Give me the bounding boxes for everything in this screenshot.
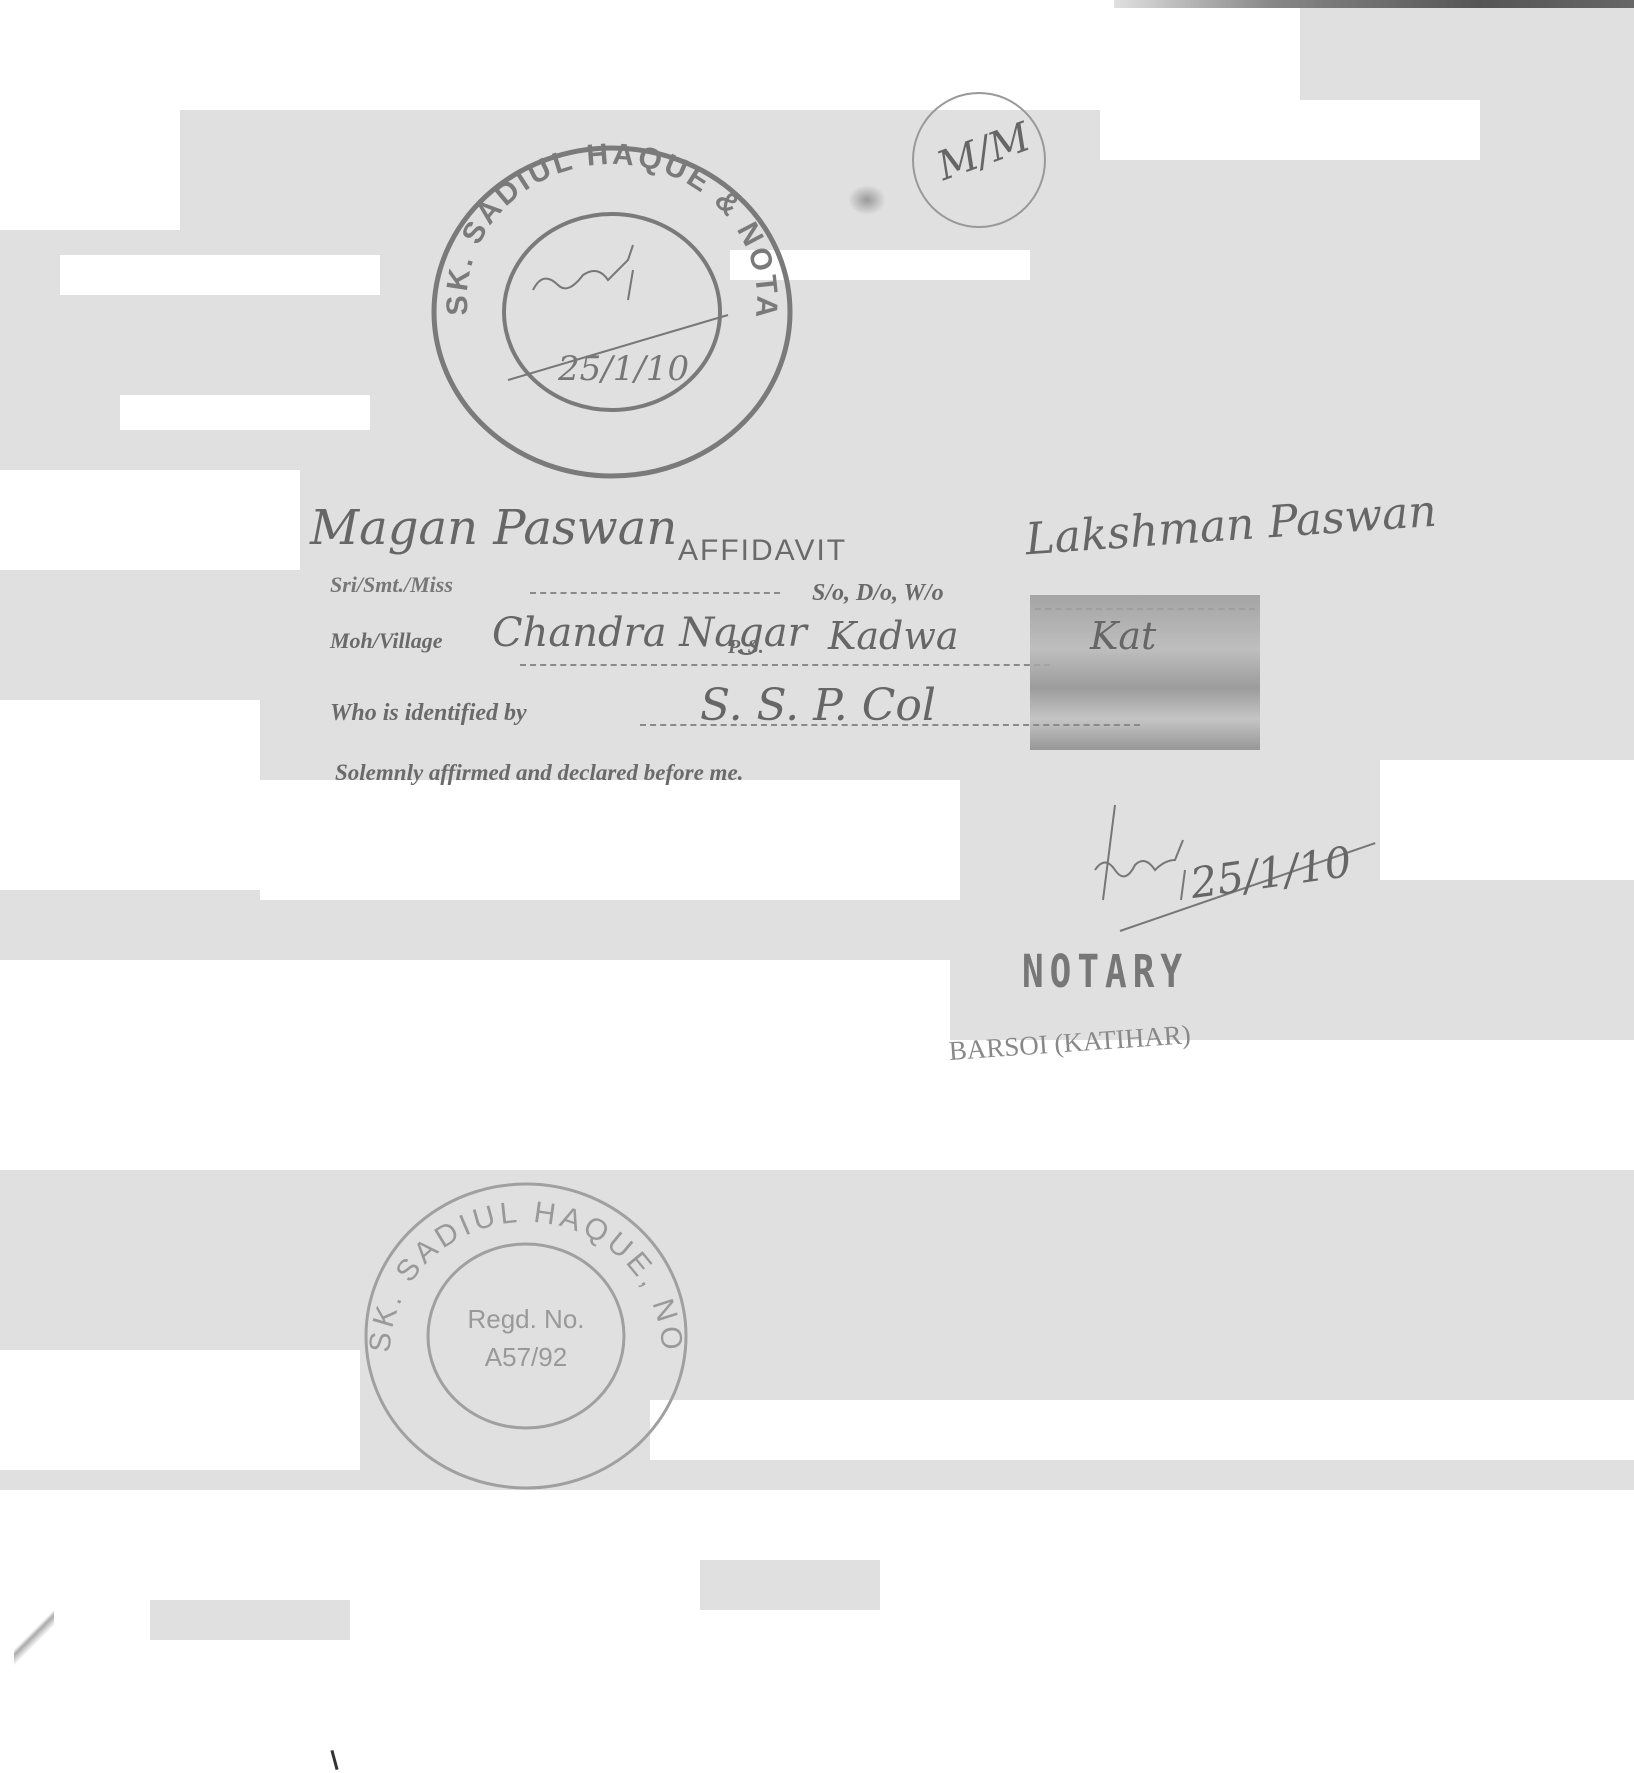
relation-label: S/o, D/o, W/o [812,580,944,607]
notary-title: NOTARY [1022,947,1188,998]
svg-text:SK. SADIUL HAQUE & NOTARY · NO: SK. SADIUL HAQUE & NOTARY · NOTARY, BARS… [428,140,783,322]
deponent-name-label: Sri/Smt./Miss [330,572,453,598]
district-value: Kat [1090,614,1156,658]
ink-smudge [848,185,886,215]
village-line [520,664,1050,666]
seal-top-date: 25/1/10 [557,349,689,389]
identified-by-label: Who is identified by [330,700,527,727]
ps-label: P. S. [728,636,764,659]
deponent-name-value: Magan Paswan [310,500,677,556]
ps-value: Kadwa [828,614,959,658]
initials-mark: M/M [912,92,1046,228]
scan-artifact [14,1600,54,1670]
document-title: AFFIDAVIT [678,534,847,568]
seal-regd-number: A57/92 [485,1342,567,1372]
identified-by-value: S. S. P. Col [700,680,936,731]
relation-value: Lakshman Paswan [1024,486,1439,566]
deponent-name-line [530,592,780,594]
seal-top-outer-text: SK. SADIUL HAQUE & NOTARY · NOTARY, BARS… [428,140,783,322]
notary-seal-bottom: SK. SADIUL HAQUE, NOTARY · BARSOI Regd. … [360,1178,692,1494]
notary-seal-top: SK. SADIUL HAQUE & NOTARY · NOTARY, BARS… [428,140,796,480]
village-label: Moh/Village [330,628,442,654]
initials-text: M/M [931,114,1036,190]
seal-regd-label: Regd. No. [467,1304,584,1334]
affirmation-text: Solemnly affirmed and declared before me… [335,760,743,786]
